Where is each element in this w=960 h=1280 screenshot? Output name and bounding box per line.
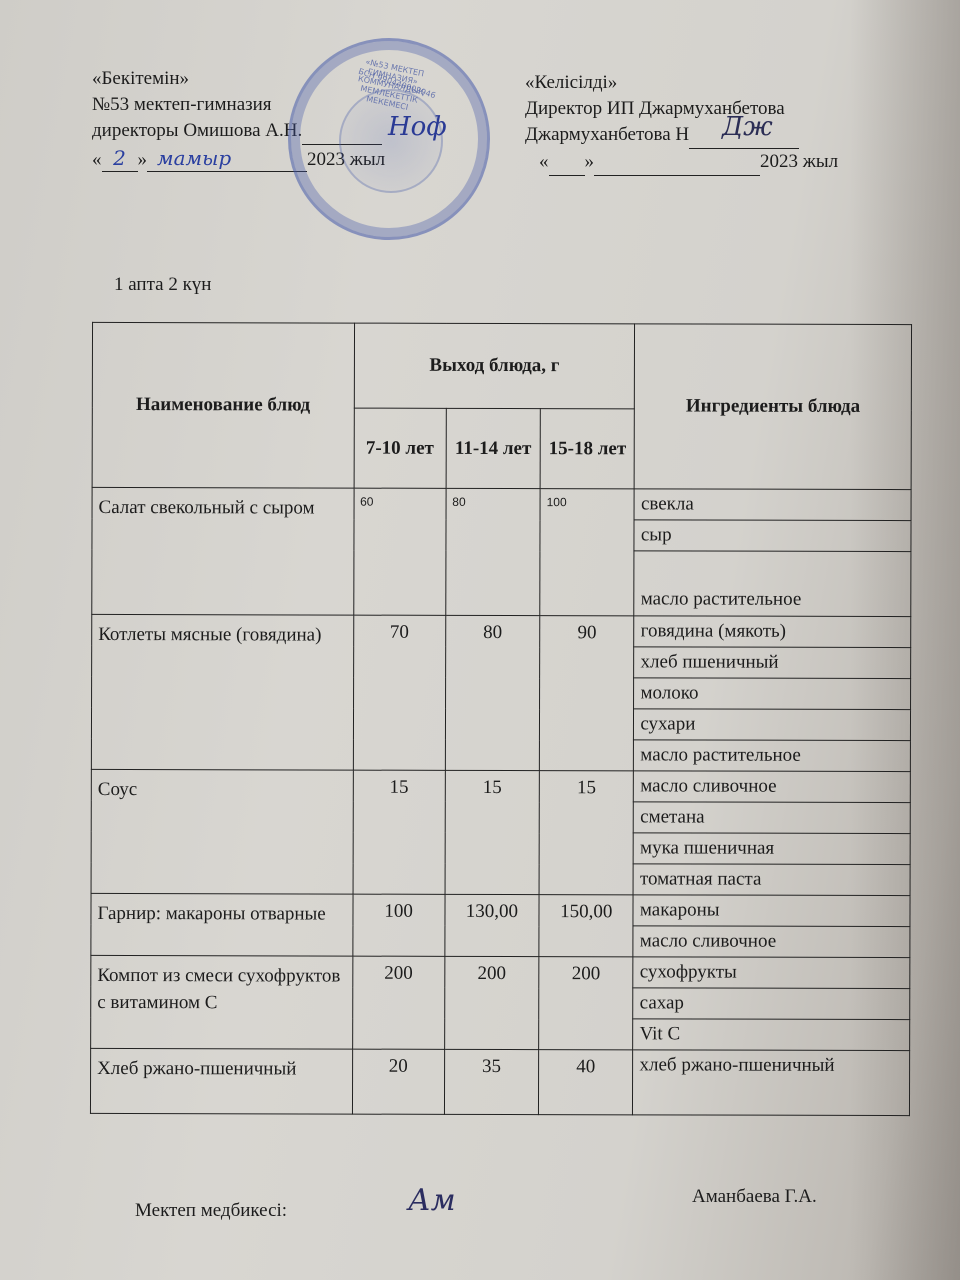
agreement-block: «Келісілді» Директор ИП Джармуханбетова … xyxy=(525,70,838,176)
ingredient: масло сливочное xyxy=(634,771,911,803)
table-row: Котлеты мясные (говядина)708090говядина … xyxy=(92,614,911,647)
yield-value: 15 xyxy=(445,770,540,894)
yield-value: 100 xyxy=(352,894,444,956)
agreement-position: Директор ИП Джармуханбетова xyxy=(525,96,838,122)
header-age-7-10: 7-10 лет xyxy=(354,408,446,488)
handwritten-month: мамыр xyxy=(147,145,307,172)
table-row: Гарнир: макароны отварные100130,00150,00… xyxy=(91,893,910,926)
ingredient: говядина (мякоть) xyxy=(634,616,911,648)
yield-value: 200 xyxy=(444,956,539,1049)
handwritten-day: 2 xyxy=(102,145,138,172)
yield-value: 130,00 xyxy=(445,894,539,956)
yield-value: 40 xyxy=(539,1050,633,1115)
ingredient: хлеб пшеничный xyxy=(634,647,911,679)
ingredient: сухофрукты xyxy=(633,957,910,989)
ingredient: сметана xyxy=(634,802,911,834)
yield-value: 200 xyxy=(352,956,444,1049)
header-yield: Выход блюда, г xyxy=(354,323,635,409)
ingredient: свекла xyxy=(634,489,911,521)
ingredient: хлеб ржано-пшеничный xyxy=(633,1050,910,1116)
ingredient: молоко xyxy=(634,678,911,710)
ingredient: Vit C xyxy=(633,1019,910,1051)
director-signature: Ноф xyxy=(388,112,447,142)
yield-value: 80 xyxy=(446,488,541,615)
yield-value: 150,00 xyxy=(539,895,633,957)
table-row: Компот из смеси сухофруктов с витамином … xyxy=(91,955,910,988)
ingredient: сахар xyxy=(633,988,910,1020)
header-dish: Наименование блюд xyxy=(92,322,354,488)
ingredient: масло растительное xyxy=(634,551,911,617)
ingredient: сухари xyxy=(634,709,911,741)
ingredient: макароны xyxy=(633,895,910,927)
yield-value: 15 xyxy=(353,770,446,894)
table-row: Салат свекольный с сыром6080100свекла xyxy=(92,487,911,520)
header-ingredients: Ингредиенты блюда xyxy=(635,324,912,490)
header-age-11-14: 11-14 лет xyxy=(446,408,541,488)
menu-body: Салат свекольный с сыром6080100свекласыр… xyxy=(90,487,911,1115)
dish-name: Котлеты мясные (говядина) xyxy=(91,614,353,770)
week-day-label: 1 апта 2 күн xyxy=(114,274,211,296)
agreement-title: «Келісілді» xyxy=(525,70,838,96)
ingredient: томатная паста xyxy=(633,864,910,896)
ingredient: масло сливочное xyxy=(633,926,910,958)
ingredient: масло растительное xyxy=(634,740,911,772)
yield-value: 35 xyxy=(444,1049,538,1114)
menu-table: Наименование блюд Выход блюда, г Ингреди… xyxy=(90,322,912,1116)
dish-name: Компот из смеси сухофруктов с витамином … xyxy=(91,955,353,1049)
header-age-15-18: 15-18 лет xyxy=(540,409,635,489)
dish-name: Салат свекольный с сыром xyxy=(92,487,354,615)
ingredient: мука пшеничная xyxy=(634,833,911,865)
agreement-date: « » 2023 жыл xyxy=(525,149,838,176)
yield-value: 20 xyxy=(352,1049,444,1114)
yield-value: 70 xyxy=(353,615,446,770)
nurse-signature: Ам xyxy=(408,1183,456,1218)
nurse-name: Аманбаева Г.А. xyxy=(692,1186,817,1208)
dish-name: Хлеб ржано-пшеничный xyxy=(90,1048,352,1114)
ip-signature: Дж xyxy=(722,112,773,142)
dish-name: Гарнир: макароны отварные xyxy=(91,893,353,956)
table-row: Соус151515масло сливочное xyxy=(91,769,910,802)
yield-value: 80 xyxy=(445,615,540,770)
yield-value: 15 xyxy=(539,771,634,895)
yield-value: 90 xyxy=(539,616,634,771)
nurse-label: Мектеп медбикесі: xyxy=(135,1200,287,1222)
dish-name: Соус xyxy=(91,769,353,894)
ingredient: сыр xyxy=(634,520,911,552)
agreement-name: Джармуханбетова Н xyxy=(525,122,838,149)
yield-value: 60 xyxy=(353,488,446,615)
yield-value: 200 xyxy=(539,957,634,1050)
yield-value: 100 xyxy=(540,489,635,616)
table-row: Хлеб ржано-пшеничный203540хлеб ржано-пше… xyxy=(90,1048,909,1115)
